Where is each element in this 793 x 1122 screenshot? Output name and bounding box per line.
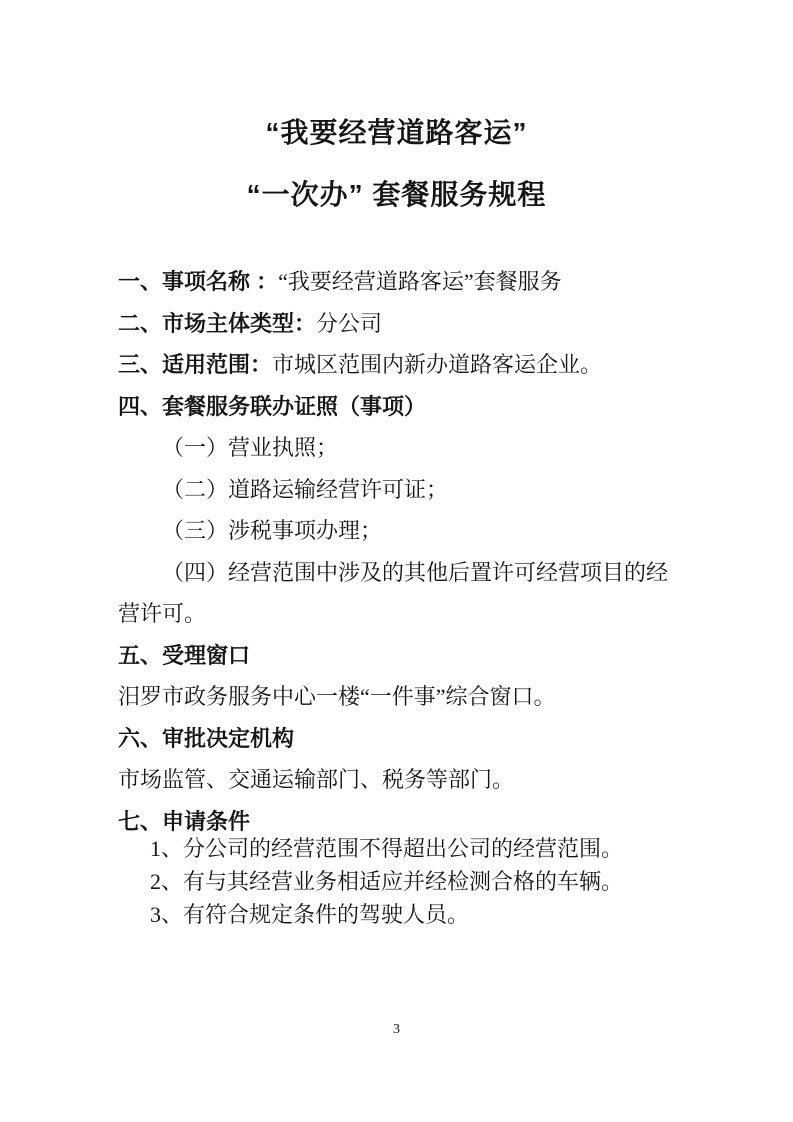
- doc-title-line1: “我要经营道路客运”: [0, 111, 793, 151]
- section-3-value: 市城区范围内新办道路客运企业。: [272, 352, 602, 377]
- section-5-label: 五、受理窗口: [118, 643, 250, 668]
- condition-1: 1、分公司的经营范围不得超出公司的经营范围。: [118, 832, 676, 865]
- license-item-4: （四）经营范围中涉及的其他后置许可经营项目的经营许可。: [118, 552, 676, 635]
- doc-title-line2: “一次办” 套餐服务规程: [0, 173, 793, 213]
- section-3-scope: 三、适用范围：市城区范围内新办道路客运企业。: [118, 344, 676, 386]
- section-3-label: 三、适用范围：: [118, 352, 272, 377]
- section-1-label: 一、事项名称 ：: [118, 269, 278, 294]
- license-item-2: （二）道路运输经营许可证；: [118, 469, 676, 511]
- condition-2: 2、有与其经营业务相适应并经检测合格的车辆。: [118, 865, 676, 898]
- section-4-heading: 四、套餐服务联办证照（事项）: [118, 386, 676, 428]
- section-1-item-name: 一、事项名称 ：“我要经营道路客运”套餐服务: [118, 261, 676, 303]
- section-5-heading: 五、受理窗口: [118, 635, 676, 677]
- doc-body: 一、事项名称 ：“我要经营道路客运”套餐服务 二、市场主体类型：分公司 三、适用…: [118, 261, 676, 931]
- license-item-3: （三）涉税事项办理；: [118, 510, 676, 552]
- section-6-heading: 六、审批决定机构: [118, 718, 676, 760]
- license-item-1: （一）营业执照；: [118, 427, 676, 469]
- section-7-label: 七、申请条件: [118, 809, 250, 834]
- section-1-value: “我要经营道路客运”套餐服务: [278, 269, 562, 294]
- section-6-label: 六、审批决定机构: [118, 726, 294, 751]
- section-2-label: 二、市场主体类型：: [118, 311, 316, 336]
- section-2-entity-type: 二、市场主体类型：分公司: [118, 303, 676, 345]
- section-4-label: 四、套餐服务联办证照（事项）: [118, 394, 426, 419]
- section-2-value: 分公司: [316, 311, 382, 336]
- condition-list: 1、分公司的经营范围不得超出公司的经营范围。 2、有与其经营业务相适应并经检测合…: [118, 832, 676, 931]
- condition-3: 3、有符合规定条件的驾驶人员。: [118, 898, 676, 931]
- section-5-body: 汨罗市政务服务中心一楼“一件事”综合窗口。: [118, 676, 676, 718]
- page-number: 3: [0, 1022, 793, 1038]
- document-page: “我要经营道路客运” “一次办” 套餐服务规程 一、事项名称 ：“我要经营道路客…: [0, 0, 793, 1122]
- section-6-body: 市场监管、交通运输部门、税务等部门。: [118, 759, 676, 801]
